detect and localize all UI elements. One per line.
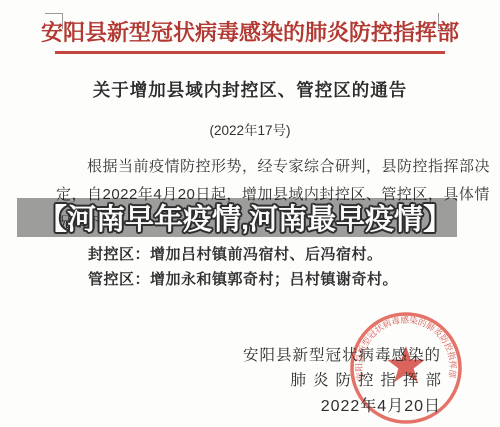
watermark-band: 【河南早年疫情,河南最早疫情】 (17, 198, 457, 237)
signature-org-line-1: 安阳县新型冠状病毒感染的 (243, 343, 441, 365)
notice-document: 安阳县新型冠状病毒感染的肺炎防控指挥部 关于增加县域内封控区、管控区的通告 (2… (0, 0, 500, 427)
issue-number: (2022年17号) (0, 119, 500, 139)
letterhead-underline (55, 51, 445, 54)
notice-title: 关于增加县域内封控区、管控区的通告 (0, 77, 500, 102)
guankong-zone-line: 管控区：增加永和镇郭奇村；吕村镇谢奇村。 (88, 268, 398, 289)
signature-org-line-2: 肺炎防控指挥部 (290, 368, 448, 390)
body-paragraph-line-1: 根据当前疫情防控形势，经专家综合研判，县防控指挥部决 (87, 155, 490, 176)
fengkong-zone-line: 封控区：增加吕村镇前冯宿村、后冯宿村。 (88, 243, 383, 264)
letterhead-org-name: 安阳县新型冠状病毒感染的肺炎防控指挥部 (0, 16, 500, 47)
signature-date: 2022年4月20日 (321, 393, 441, 416)
watermark-text: 【河南早年疫情,河南最早疫情】 (38, 197, 452, 238)
